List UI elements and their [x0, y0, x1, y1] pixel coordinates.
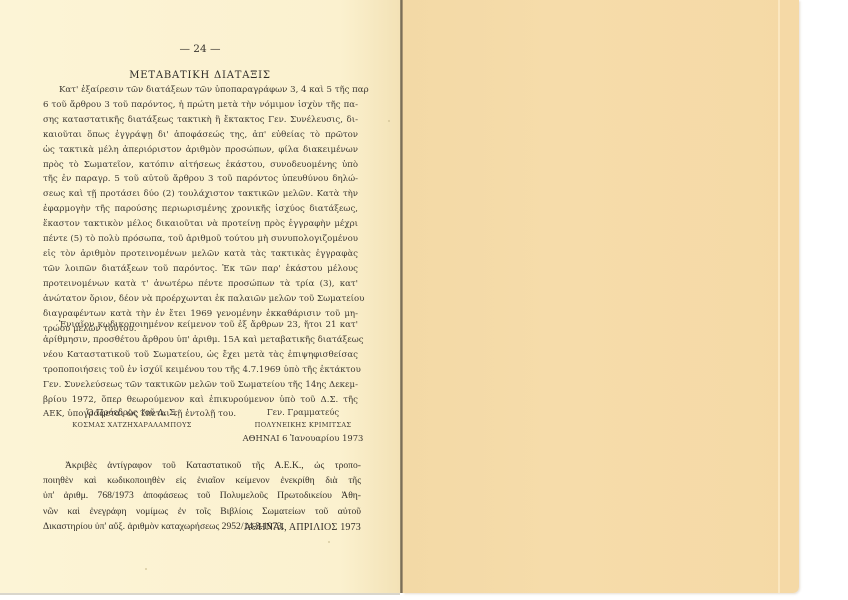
text-line: καιοῦται ὅπως ἐγγράψῃ δι' ἀποφάσεώς της,…	[43, 128, 358, 143]
text-line: Γεν. Συνελεύσεως τῶν τακτικῶν μελῶν τοῦ …	[43, 378, 358, 393]
text-line: τῶν λοιπῶν διατάξεων τοῦ παρόντος. Ἐκ τῶ…	[43, 262, 358, 277]
paper-speck	[388, 120, 390, 122]
text-line: ἐφαρμογὴν τῆς παρούσης περιωρισμένης χρο…	[43, 202, 358, 217]
text-line: ἀνώτατον ὅριον, δέον νὰ προέρχωνται ἐκ π…	[43, 292, 358, 307]
signature-place-date: ΑΘΗΝΑΙ 6 Ἰανουαρίου 1973	[228, 431, 378, 445]
text-line: τῆς ἐν παραγρ. 5 τοῦ αὐτοῦ ἄρθρου 3 τοῦ …	[43, 172, 358, 187]
signature-secretary: Γεν. Γραμματεύς ΠΟΛΥΝΕΙΚΗΣ ΚΡΙΜΙΤΣΑΣ ΑΘΗ…	[228, 406, 378, 445]
text-line: ἕκαστον τακτικὸν μέλος δικαιοῦται νὰ προ…	[43, 217, 358, 232]
signature-president: Ὁ Πρόεδρος τοῦ Δ. Σ. ΚΟΣΜΑΣ ΧΑΤΖΗΧΑΡΑΛΑΜ…	[62, 406, 202, 431]
page-number: — 24 —	[0, 43, 400, 55]
text-line: προτεινομένων κατὰ τ' ἀνωτέρω πέντε προσ…	[43, 277, 358, 292]
text-line: πρὸς τὸ Σωματεῖον, κατόπιν αἰτήσεως ἑκάσ…	[43, 158, 358, 173]
transitional-provision-paragraph: Κατ' ἐξαίρεσιν τῶν διατάξεων τῶν ὑποπαρα…	[43, 83, 358, 336]
paper-speck	[145, 568, 147, 570]
signature-role: Γεν. Γραμματεύς	[228, 406, 378, 419]
closing-place-date: ΑΘΗΝΑΙ, ΑΠΡΙΛΙΟΣ 1973	[200, 522, 361, 533]
right-page-blank	[403, 0, 799, 593]
section-title: ΜΕΤΑΒΑΤΙΚΗ ΔΙΑΤΑΞΙΣ	[0, 70, 400, 81]
text-line: νέου Καταστατικοῦ τοῦ Σωματείου, ὡς ἔχει…	[43, 348, 358, 363]
text-line: πέντε (5) τὸ πολὺ πρόσωπα, τοῦ ἀριθμοῦ τ…	[43, 232, 358, 247]
paper-speck	[328, 541, 330, 543]
text-line: σης καταστατικῆς διατάξεως τακτικὴ ἢ ἔκτ…	[43, 113, 358, 128]
left-page: — 24 — ΜΕΤΑΒΑΤΙΚΗ ΔΙΑΤΑΞΙΣ Κατ' ἐξαίρεσι…	[0, 0, 400, 595]
text-line: ποιηθὲν καὶ κωδικοποιηθὲν εἰς ἑνιαῖον κε…	[43, 473, 361, 488]
text-line: νῶν καὶ ἐνεγράφη νομίμως ἐν τοῖς Βιβλίοι…	[43, 504, 361, 519]
page-crease	[778, 0, 780, 593]
text-line: εἰς τὸν ἀριθμὸν προτεινομένων μελῶν κατὰ…	[43, 247, 358, 262]
text-line: ἀρίθμησιν, προσθέτου ἄρθρου ὑπ' ἀριθμ. 1…	[43, 333, 358, 348]
text-line: ὡς τακτικὰ μέλη ἀπεριόριστον ἀριθμὸν προ…	[43, 143, 358, 158]
text-line: ὑπ' ἀριθμ. 768/1973 ἀποφάσεως τοῦ Πολυμε…	[43, 488, 361, 503]
text-line: 6 τοῦ ἄρθρου 3 τοῦ παρόντος, ἡ πρώτη μετ…	[43, 98, 358, 113]
signature-name: ΠΟΛΥΝΕΙΚΗΣ ΚΡΙΜΙΤΣΑΣ	[228, 419, 378, 431]
text-line: σεως καὶ τῇ προτάσει δύο (2) τουλάχιστον…	[43, 187, 358, 202]
text-line: τροποποιήσεις τοῦ ἐν ἰσχύϊ κειμένου του …	[43, 363, 358, 378]
signature-name: ΚΟΣΜΑΣ ΧΑΤΖΗΧΑΡΑΛΑΜΠΟΥΣ	[62, 419, 202, 431]
text-line: Κατ' ἐξαίρεσιν τῶν διατάξεων τῶν ὑποπαρα…	[43, 83, 358, 98]
text-line: Ἀκριβὲς ἀντίγραφον τοῦ Καταστατικοῦ τῆς …	[43, 458, 361, 473]
signature-role: Ὁ Πρόεδρος τοῦ Δ. Σ.	[62, 406, 202, 419]
text-line: Ἑνιαῖον κωδικοποιημένον κείμενον τοῦ ἐξ …	[43, 318, 358, 333]
